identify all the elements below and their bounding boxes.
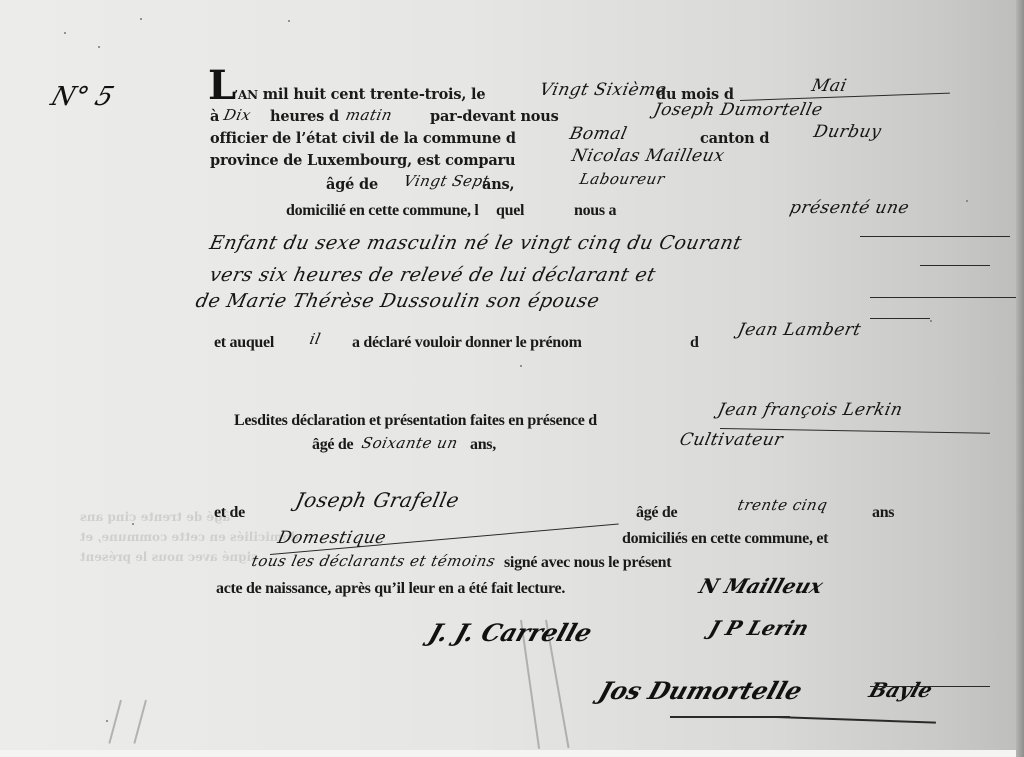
printed-et-de: et de: [214, 504, 245, 522]
printed-officier: officier de l’état civil de la commune d: [210, 130, 516, 147]
hand-pronoun: il: [308, 330, 322, 348]
printed-age-2: âgé de: [636, 504, 677, 522]
hand-officer: Joseph Dumortelle: [652, 100, 825, 120]
printed-witness-age: âgé de: [312, 436, 353, 454]
printed-par-devant: par-devant nous: [430, 108, 559, 125]
hand-body-line-1: Enfant du sexe masculin né le vingt cinq…: [208, 232, 744, 254]
hand-canton: Durbuy: [812, 122, 883, 142]
printed-quel: quel: [496, 202, 524, 220]
printed-de: d: [690, 334, 699, 352]
hand-occupation: Laboureur: [578, 170, 666, 188]
hand-witness-1: Jean françois Lerkin: [716, 400, 905, 420]
page-right-edge: [1016, 0, 1024, 757]
page-bottom-edge: [0, 750, 1024, 757]
signature-declarant: N Mailleux: [696, 574, 826, 598]
hand-month: Mai: [810, 76, 849, 96]
printed-nous-a: nous a: [574, 202, 616, 220]
printed-signe: signé avec nous le présent: [504, 554, 671, 572]
hand-witness-1-occupation: Cultivateur: [678, 430, 785, 450]
printed-ans: ans,: [482, 176, 514, 193]
hand-witness-2-age: trente cinq: [736, 496, 829, 514]
bleed-through-text: signé avec nous le présent: [80, 550, 258, 564]
printed-canton: canton d: [700, 130, 769, 147]
hand-declarant: Nicolas Mailleux: [570, 146, 726, 166]
printed-prenom: a déclaré vouloir donner le prénom: [352, 334, 582, 352]
document-page: âgé de trente cinq ans domiciliés en cet…: [0, 0, 1024, 750]
hand-body-line-3: de Marie Thérèse Dussoulin son épouse: [194, 290, 602, 312]
hand-day: Vingt Sixième: [538, 80, 669, 100]
hand-presented: présenté une: [788, 198, 911, 218]
printed-acte: acte de naissance, après qu’il leur en a…: [216, 580, 565, 598]
signature-2: J P Lerin: [706, 616, 812, 640]
hand-witness-2: Joseph Grafelle: [293, 488, 461, 512]
hand-period: matin: [344, 106, 394, 124]
printed-a: à: [210, 108, 219, 125]
printed-age: âgé de: [326, 176, 378, 193]
hand-body-line-2: vers six heures de relevé de lui déclara…: [208, 264, 658, 286]
hand-given-name: Jean Lambert: [736, 320, 863, 340]
printed-et-auquel: et auquel: [214, 334, 274, 352]
hand-declarant-age: Vingt Sept: [402, 172, 491, 190]
printed-heures: heures d: [270, 108, 339, 125]
hand-signed-by: tous les déclarants et témoins: [250, 552, 497, 570]
printed-line-1: ’AN mil huit cent trente-trois, le: [234, 86, 485, 103]
printed-witness-line: Lesdites déclaration et présentation fai…: [234, 412, 597, 430]
printed-province: province de Luxembourg, est comparu: [210, 152, 515, 169]
printed-domicilie: domicilié en cette commune, l: [286, 202, 479, 220]
printed-witness-ans: ans,: [470, 436, 496, 454]
bleed-through-text: domiciliés en cette commune, et: [80, 530, 299, 544]
signature-3: Jos Dumortelle: [595, 676, 806, 705]
signature-1: J. J. Carrelle: [425, 618, 596, 647]
bleed-through-text: âgé de trente cinq ans: [80, 510, 230, 524]
drop-cap: L: [208, 66, 236, 106]
printed-domicilies: domiciliés en cette commune, et: [622, 530, 828, 548]
signature-4: Bayle: [866, 678, 936, 702]
act-number: N° 5: [47, 82, 117, 112]
printed-ans-2: ans: [872, 504, 894, 522]
hand-hour: Dix: [222, 106, 253, 124]
hand-witness-1-age: Soixante un: [360, 434, 459, 452]
hand-commune: Bomal: [568, 124, 629, 144]
